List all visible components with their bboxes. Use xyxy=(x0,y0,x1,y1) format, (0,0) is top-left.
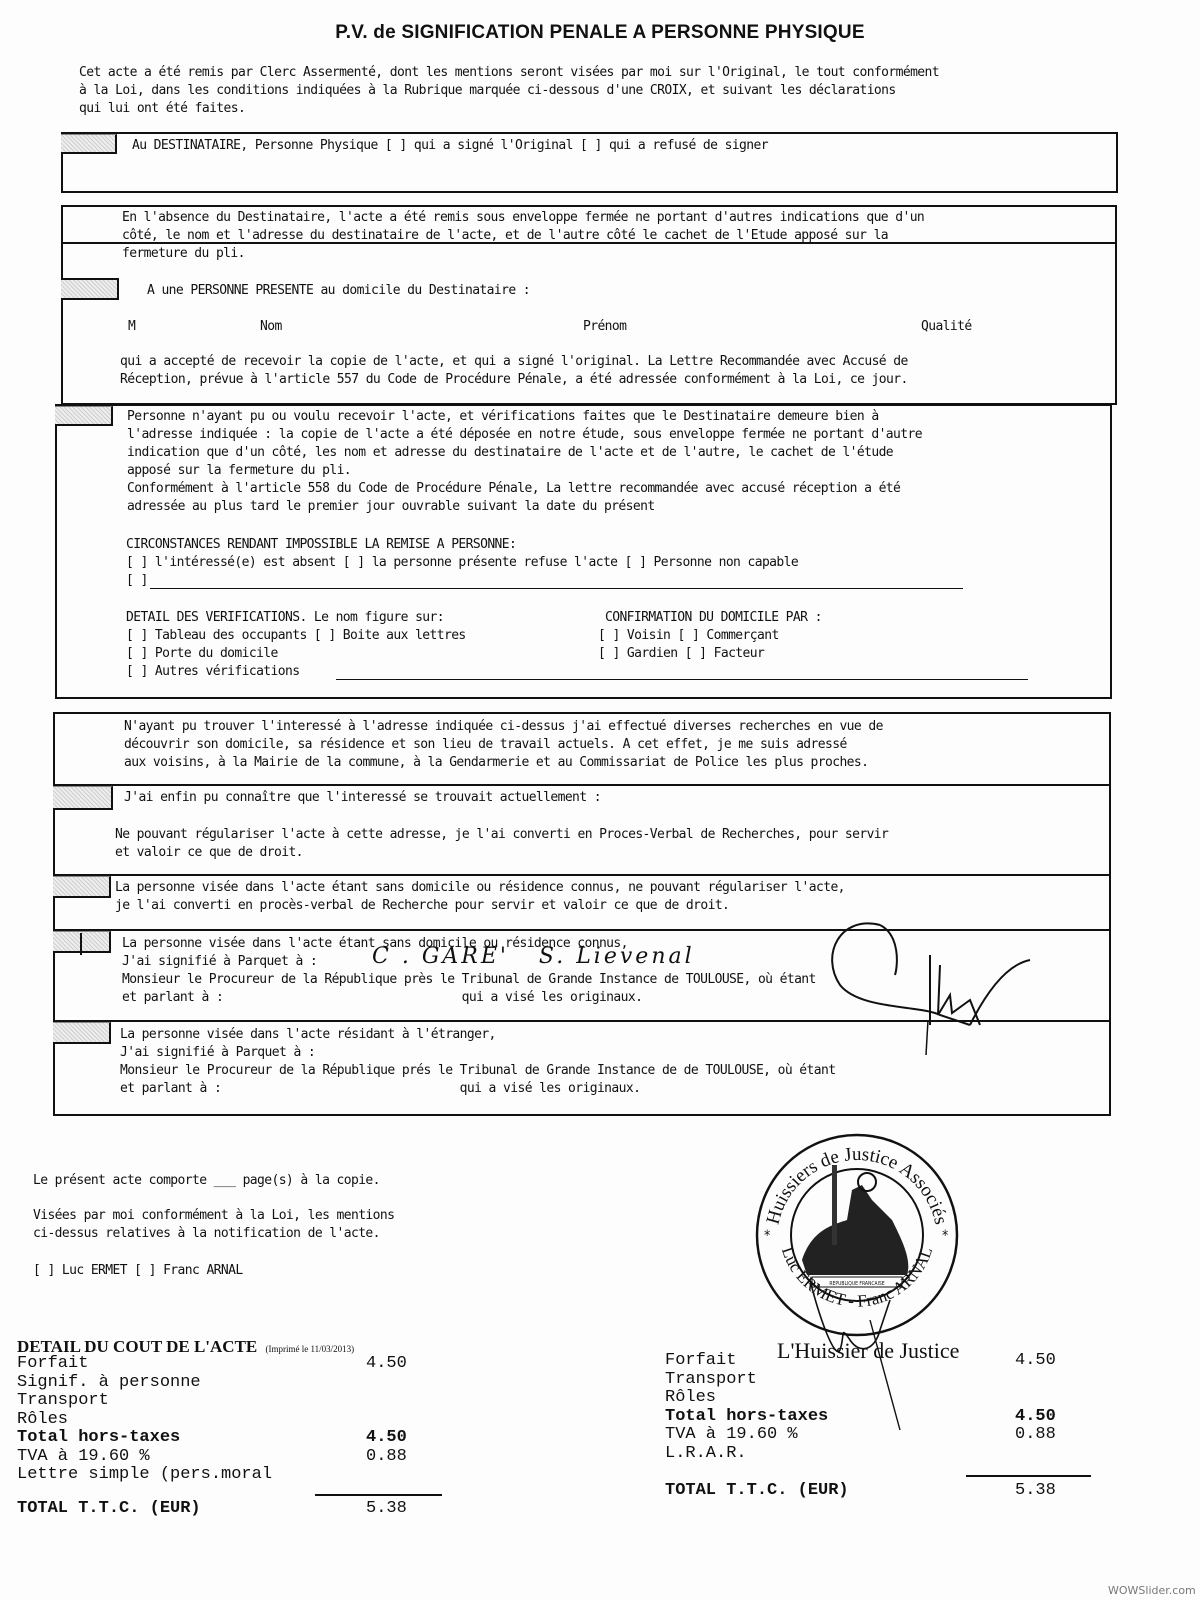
verifications-title: DETAIL DES VERIFICATIONS. Le nom figure … xyxy=(126,609,444,627)
autres-verifications-field[interactable] xyxy=(336,679,1028,680)
depot-line: apposé sur la fermeture du pli. xyxy=(127,462,922,480)
absence-line: côté, le nom et l'adresse du destinatair… xyxy=(122,227,924,245)
depot-line: indication que d'un côté, les nom et adr… xyxy=(127,444,922,462)
total-value: 5.38 xyxy=(1015,1482,1056,1501)
etranger-line: Monsieur le Procureur de la République p… xyxy=(120,1062,835,1080)
cost-left-total: TOTAL T.T.C. (EUR) 5.38 xyxy=(17,1500,417,1519)
checkbox-etranger[interactable] xyxy=(53,1022,111,1044)
circonstances-other-field[interactable] xyxy=(150,588,963,589)
accept-line: Réception, prévue à l'article 557 du Cod… xyxy=(120,371,908,389)
cost-row: Transport xyxy=(665,1371,1085,1390)
cost-row: Signif. à personne xyxy=(17,1374,417,1393)
etranger-line: J'ai signifié à Parquet à : xyxy=(120,1044,835,1062)
checkbox-destinataire[interactable] xyxy=(61,134,117,154)
signature-scribble xyxy=(820,915,1050,1115)
cost-row-total-ht: Total hors-taxes4.50 xyxy=(665,1408,1085,1427)
confirmation-title: CONFIRMATION DU DOMICILE PAR : xyxy=(605,609,822,627)
cost-row: Lettre simple (pers.moral xyxy=(17,1466,417,1485)
recherches-line: découvrir son domicile, sa résidence et … xyxy=(124,736,883,754)
depot-paragraph: Personne n'ayant pu ou voulu recevoir l'… xyxy=(127,408,922,516)
cost-row: L.R.A.R. xyxy=(665,1445,1085,1464)
total-rule xyxy=(966,1475,1091,1477)
recherches-paragraph: N'ayant pu trouver l'interessé à l'adres… xyxy=(124,718,883,772)
depot-line: l'adresse indiquée : la copie de l'acte … xyxy=(127,426,922,444)
depot-line: Personne n'ayant pu ou voulu recevoir l'… xyxy=(127,408,922,426)
checkbox-parquet[interactable] xyxy=(53,931,111,953)
destinataire-text: Au DESTINATAIRE, Personne Physique [ ] q… xyxy=(132,137,768,155)
checkbox-depot[interactable] xyxy=(55,406,113,426)
pv-recherches-paragraph: Ne pouvant régulariser l'acte à cette ad… xyxy=(115,826,888,862)
etranger-paragraph: La personne visée dans l'acte résidant à… xyxy=(120,1026,835,1098)
confirmation-row[interactable]: [ ] Gardien [ ] Facteur xyxy=(598,645,764,663)
cost-row: Forfait4.50 xyxy=(665,1352,1085,1371)
total-label: TOTAL T.T.C. (EUR) xyxy=(665,1481,849,1500)
visees-line: Visées par moi conformément à la Loi, le… xyxy=(33,1207,394,1225)
visees-line: ci-dessus relatives à la notification de… xyxy=(33,1225,394,1243)
svg-text:*: * xyxy=(764,1228,770,1244)
cost-row: Rôles xyxy=(17,1411,417,1430)
verifications-row[interactable]: [ ] Autres vérifications xyxy=(126,663,299,681)
recherches-line: aux voisins, à la Mairie de la commune, … xyxy=(124,754,883,772)
field-nom-label: Nom xyxy=(260,318,282,336)
divider xyxy=(53,784,1111,786)
intro-line: Cet acte a été remis par Clerc Asserment… xyxy=(79,64,1119,82)
intro-paragraph: Cet acte a été remis par Clerc Asserment… xyxy=(79,64,1119,118)
total-rule xyxy=(315,1494,442,1496)
recherches-line: N'ayant pu trouver l'interessé à l'adres… xyxy=(124,718,883,736)
sans-domicile-line: La personne visée dans l'acte étant sans… xyxy=(115,879,845,897)
total-value: 5.38 xyxy=(366,1500,407,1519)
cost-right-total: TOTAL T.T.C. (EUR) 5.38 xyxy=(665,1482,1085,1501)
absence-paragraph: En l'absence du Destinataire, l'acte a é… xyxy=(122,209,924,263)
cost-row: TVA à 19.60 %0.88 xyxy=(665,1426,1085,1445)
depot-line: Conformément à l'article 558 du Code de … xyxy=(127,480,922,498)
intro-line: à la Loi, dans les conditions indiquées … xyxy=(79,82,1119,100)
etranger-line: et parlant à : qui a visé les originaux. xyxy=(120,1080,835,1098)
field-prenom-label: Prénom xyxy=(583,318,626,336)
total-label: TOTAL T.T.C. (EUR) xyxy=(17,1499,201,1518)
verifications-row[interactable]: [ ] Tableau des occupants [ ] Boite aux … xyxy=(126,627,466,645)
etranger-line: La personne visée dans l'acte résidant à… xyxy=(120,1026,835,1044)
cost-row: TVA à 19.60 %0.88 xyxy=(17,1448,417,1467)
absence-line: fermeture du pli. xyxy=(122,245,924,263)
cost-row: Transport xyxy=(17,1392,417,1411)
cost-row: Forfait4.50 xyxy=(17,1355,417,1374)
circonstances-other-checkbox[interactable]: [ ] xyxy=(126,572,148,590)
field-qualite-label: Qualité xyxy=(921,318,972,336)
checkbox-personne-presente[interactable] xyxy=(61,278,119,300)
pv-line: et valoir ce que de droit. xyxy=(115,844,888,862)
print-date: (Imprimé le 11/03/2013) xyxy=(266,1344,355,1354)
enfin-text: J'ai enfin pu connaître que l'interessé … xyxy=(124,789,601,807)
pages-count-text: Le présent acte comporte ___ page(s) à l… xyxy=(33,1172,380,1190)
handwritten-parquet-name: C . GARE' S. Lievenal xyxy=(372,944,695,969)
cost-row: Rôles xyxy=(665,1389,1085,1408)
divider xyxy=(53,874,1111,876)
visees-paragraph: Visées par moi conformément à la Loi, le… xyxy=(33,1207,394,1243)
cost-row-total-ht: Total hors-taxes4.50 xyxy=(17,1429,417,1448)
cost-left-table: Forfait4.50 Signif. à personne Transport… xyxy=(17,1355,417,1485)
cost-right-table: Forfait4.50 Transport Rôles Total hors-t… xyxy=(665,1352,1085,1463)
sans-domicile-paragraph: La personne visée dans l'acte étant sans… xyxy=(115,879,845,915)
accept-paragraph: qui a accepté de recevoir la copie de l'… xyxy=(120,353,908,389)
parquet-line: et parlant à : qui a visé les originaux. xyxy=(122,989,816,1007)
svg-text:*: * xyxy=(942,1228,948,1244)
circonstances-options[interactable]: [ ] l'intéressé(e) est absent [ ] la per… xyxy=(126,554,798,572)
pv-line: Ne pouvant régulariser l'acte à cette ad… xyxy=(115,826,888,844)
huissiers-checkboxes[interactable]: [ ] Luc ERMET [ ] Franc ARNAL xyxy=(33,1262,243,1280)
personne-presente-label: A une PERSONNE PRESENTE au domicile du D… xyxy=(147,282,530,300)
sans-domicile-line: je l'ai converti en procès-verbal de Rec… xyxy=(115,897,845,915)
intro-line: qui lui ont été faites. xyxy=(79,100,1119,118)
watermark: WOWSlider.com xyxy=(1108,1584,1196,1597)
checkbox-enfin[interactable] xyxy=(53,786,113,810)
document-title: P.V. de SIGNIFICATION PENALE A PERSONNE … xyxy=(0,22,1200,44)
parquet-line: Monsieur le Procureur de la République p… xyxy=(122,971,816,989)
accept-line: qui a accepté de recevoir la copie de l'… xyxy=(120,353,908,371)
checkbox-mark xyxy=(80,933,82,955)
absence-line: En l'absence du Destinataire, l'acte a é… xyxy=(122,209,924,227)
field-m-label: M xyxy=(128,318,135,336)
confirmation-row[interactable]: [ ] Voisin [ ] Commerçant xyxy=(598,627,779,645)
verifications-row[interactable]: [ ] Porte du domicile xyxy=(126,645,278,663)
circonstances-title: CIRCONSTANCES RENDANT IMPOSSIBLE LA REMI… xyxy=(126,536,516,554)
checkbox-sans-domicile[interactable] xyxy=(53,876,111,898)
depot-line: adressée au plus tard le premier jour ou… xyxy=(127,498,922,516)
